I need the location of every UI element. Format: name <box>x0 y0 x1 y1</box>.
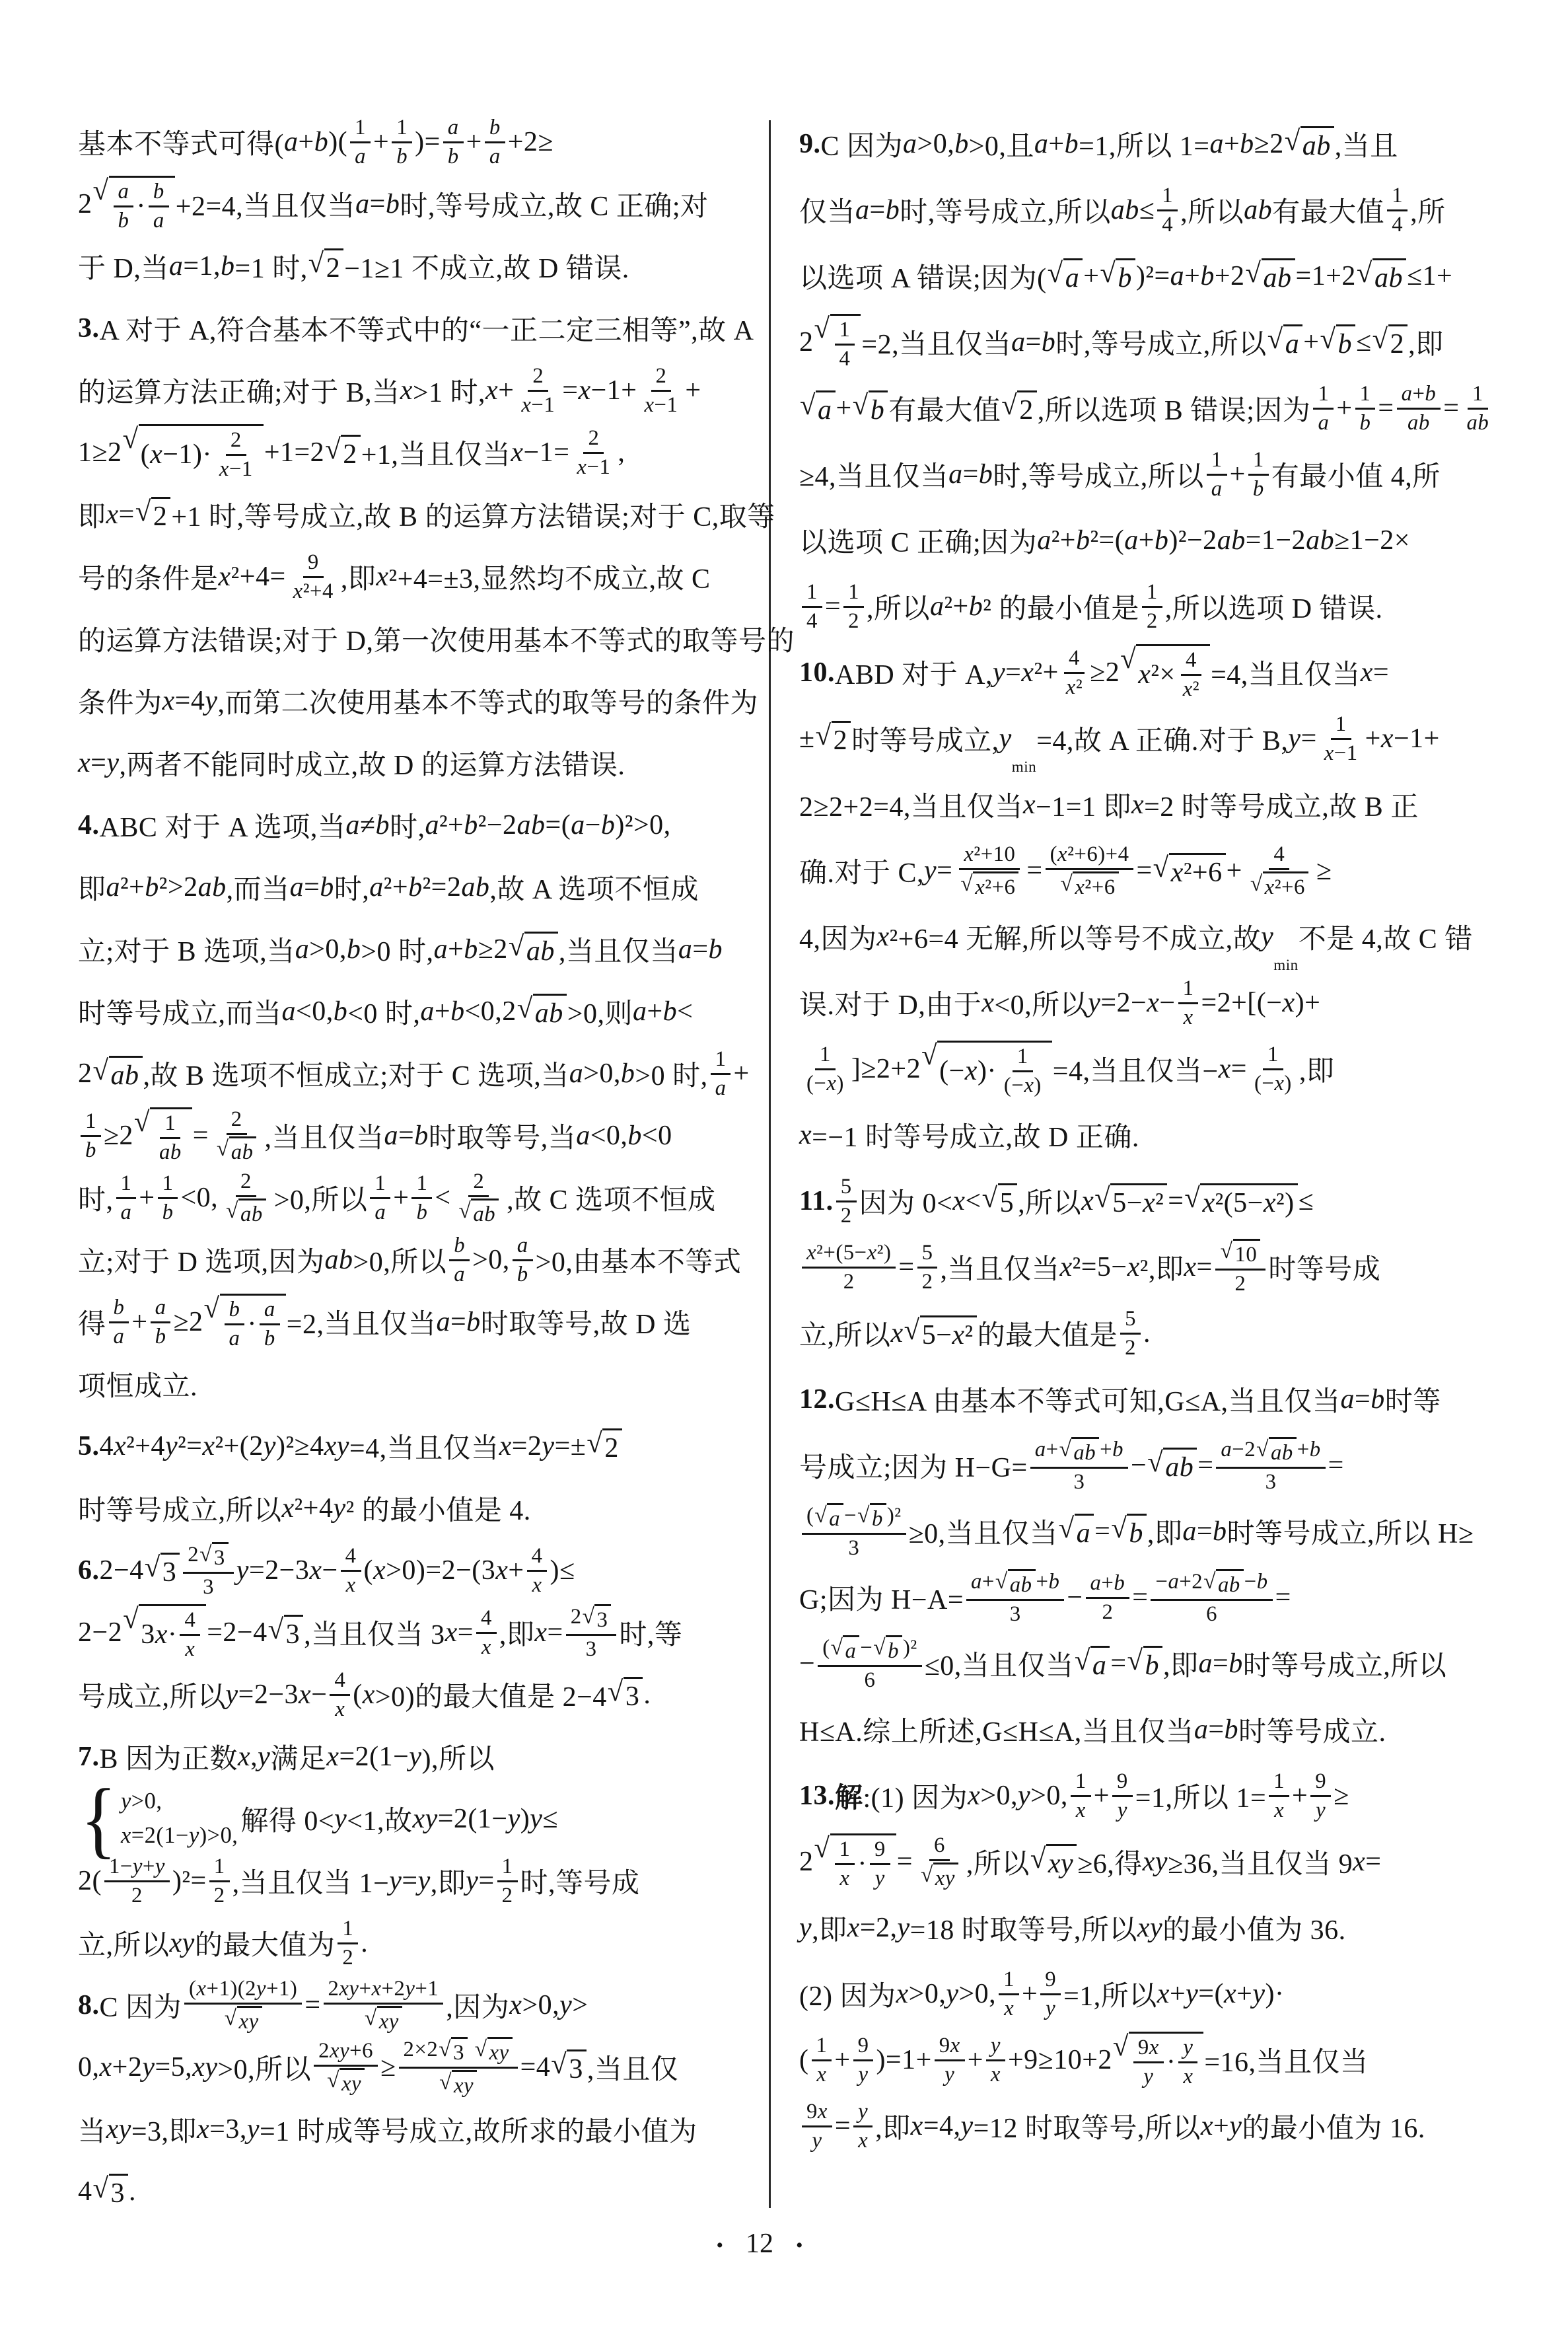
text-line: 立;对于 D 选项,因为 ab>0,所以ba>0,ab>0,由基本不等式 <box>78 1229 758 1291</box>
text-line: 时等号成立,所以 x²+4y² 的最小值是 4. <box>78 1477 758 1539</box>
fraction: 9xy <box>935 2034 965 2086</box>
text-line: 以选项 C 正确;因为 a²+b²=(a+b)²−2ab=1−2ab≥1−2× <box>799 507 1513 573</box>
square-root: √b <box>1100 258 1135 294</box>
fraction: 1b <box>81 1109 101 1162</box>
text-line: 2√ab·ba+2=4,当且仅当 a=b 时,等号成立,故 C 正确;对 <box>78 173 758 235</box>
text-line: 5. 4 x²+4y²=x²+(2y)²≥4xy=4,当且仅当 x=2y=±√2 <box>78 1415 758 1477</box>
fraction: ab <box>151 1296 171 1348</box>
square-root: √1ab <box>134 1107 192 1164</box>
text-line: 0,x+2y=5,xy>0,所以2xy+6√xy≥2×2√3 √xy√xy=4√… <box>78 2036 758 2098</box>
fraction: 1x <box>1269 1769 1289 1822</box>
fraction: (x²+6)+4√x²+6 <box>1046 842 1134 899</box>
square-root: √14 <box>814 314 861 371</box>
square-root: √3x·4x <box>123 1604 206 1661</box>
square-root: √xy <box>225 2006 262 2034</box>
fraction: 14 <box>835 318 855 371</box>
square-root: √a <box>814 1503 843 1532</box>
fraction: x²+10√x²+6 <box>955 842 1024 899</box>
fraction: 9y <box>853 2034 874 2086</box>
text-line: 1b≥2√1ab=2√ab,当且仅当 a=b 时取等号,当 a<0,b<0 <box>78 1105 758 1167</box>
fraction: 1a <box>370 1171 390 1224</box>
fraction: 1x <box>1178 977 1199 1029</box>
text-line: x²+(5−x²)2=52,当且仅当 x²=5−x²,即 x=√102时等号成 <box>799 1234 1513 1300</box>
square-root: √2 <box>816 721 851 757</box>
fraction: 12 <box>338 1917 358 1970</box>
square-root: √a <box>1075 1646 1110 1681</box>
square-root: √2 <box>1372 324 1408 360</box>
text-line: 2√1x·9y=6√xy,所以√xy≥6,得 xy≥36,当且仅当 9x= <box>799 1829 1513 1895</box>
system-brace: {y>0,x=2(1−y)>0, <box>81 1785 238 1853</box>
square-root: √ab <box>459 1199 499 1227</box>
text-line: 得ba+ab≥2√ba·ab=2,当且仅当 a=b 时取等号,故 D 选 <box>78 1291 758 1353</box>
square-root: √ab·ba <box>93 176 175 233</box>
text-line: 号的条件是 x²+4=9x²+4,即 x²+4=±3,显然均不成立,故 C <box>78 546 758 608</box>
bold-text: 4. <box>78 809 100 841</box>
fraction: 2x−1 <box>215 428 258 481</box>
fraction: 1x <box>812 2034 832 2086</box>
fraction: (x+1)(2y+1)√xy <box>184 1977 302 2034</box>
text-line: 于 D,当 a=1,b=1 时,√2−1≥1 不成立,故 D 错误. <box>78 235 758 297</box>
fraction: 9y <box>870 1837 890 1890</box>
square-root: √b <box>873 1635 902 1664</box>
square-root: √3 <box>583 1604 612 1633</box>
square-root: √3 <box>93 2174 129 2209</box>
fraction: 14 <box>1157 184 1178 237</box>
fraction: 2√ab <box>211 1107 262 1164</box>
square-root: √2 <box>325 435 361 470</box>
fraction: x²+(5−x²)2 <box>802 1241 896 1294</box>
fraction: 4x <box>330 1668 350 1721</box>
text-line: 立;对于 B 选项,当 a>0,b>0 时,a+b≥2√ab,当且仅当 a=b <box>78 918 758 980</box>
square-root: √x²+6 <box>1250 871 1308 900</box>
fraction: 1(−x) <box>999 1045 1046 1097</box>
bold-text: 9. <box>799 128 821 160</box>
text-line: 2≥2+2=4,当且仅当 x−1=1 即 x=2 时等号成立,故 B 正 <box>799 772 1513 838</box>
fraction: 1a <box>1207 448 1227 501</box>
fraction: 12 <box>497 1855 518 1907</box>
fraction: ab <box>260 1298 280 1350</box>
square-root: √xy <box>365 2006 402 2034</box>
square-root: √5−x² <box>904 1315 977 1351</box>
text-line: (2) 因为 x>0,y>0,1x+9y=1,所以 x+y=(x+y)· <box>799 1961 1513 2027</box>
page-footer: •12• <box>0 2228 1519 2260</box>
bold-text: 13. <box>799 1780 835 1812</box>
text-line: 2(1−y+y2)²=12,当且仅当 1−y=y,即 y=12时,等号成 <box>78 1850 758 1912</box>
square-root: √10 <box>1221 1239 1261 1267</box>
text-line: 6. 2−4√3 2√33 y=2−3x−4x(x>0)=2−(3x+4x)≤ <box>78 1539 758 1602</box>
square-root: √b <box>857 1503 886 1532</box>
text-line: 13. 解:(1) 因为 x>0,y>0,1x+9y=1,所以 1=1x+9y≥ <box>799 1763 1513 1829</box>
fraction: 1(−x) <box>802 1043 849 1095</box>
square-root: √5 <box>982 1183 1018 1219</box>
text-line: 号成立,所以 y=2−3x−4x(x>0)的最大值是 2−4√3. <box>78 1664 758 1726</box>
square-root: √ab <box>1059 1437 1100 1465</box>
square-root: √a <box>1059 1514 1094 1549</box>
fraction: 14 <box>1387 184 1408 237</box>
square-root: √9xy·yx <box>1113 2032 1203 2088</box>
text-line: 仅当 a=b 时,等号成立,所以 ab≤14,所以 ab 有最大值14,所 <box>799 177 1513 243</box>
square-root: √xy <box>921 1863 958 1891</box>
fraction: 1b <box>392 116 412 168</box>
fraction: 9y <box>1040 1968 1061 2020</box>
fraction: 12 <box>843 580 864 633</box>
text-line: 基本不等式可得(a+b)(1a+1b)=ab+ba+2≥ <box>78 111 758 173</box>
fraction: 12 <box>209 1855 230 1907</box>
square-root: √x²+6 <box>960 871 1018 900</box>
text-line: 时等号成立,而当 a<0,b<0 时,a+b<0,2√ab>0,则 a+b< <box>78 980 758 1043</box>
fraction: 4x <box>341 1544 361 1597</box>
column-divider <box>769 120 771 2208</box>
fraction: a+√ab+b3 <box>966 1569 1064 1626</box>
square-root: √xy <box>1030 1844 1077 1880</box>
fraction: (√a−√b)²3 <box>802 1503 906 1560</box>
text-line: 1≥2√(x−1)·2x−1+1=2√2+1,当且仅当 x−1=2x−1, <box>78 422 758 484</box>
text-line: 3. A 对于 A,符合基本不等式中的“一正二定三相等”,故 A <box>78 297 758 359</box>
text-line: √a+√b有最大值√2,所以选项 B 错误;因为1a+1b=a+bab=1ab <box>799 375 1513 441</box>
text-line: (√a−√b)²3≥0,当且仅当√a=√b,即 a=b 时等号成立,所以 H≥ <box>799 1498 1513 1565</box>
fraction: 2√33 <box>566 1604 617 1661</box>
fraction: 4x <box>476 1606 497 1659</box>
fraction: 2√33 <box>183 1542 234 1599</box>
fraction: 2xy+x+2y+1√xy <box>324 1977 444 2034</box>
text-line: 2√14=2,当且仅当 a=b 时,等号成立,所以√a+√b≤√2,即 <box>799 309 1513 375</box>
fraction: 2x−1 <box>640 364 683 417</box>
square-root: √ab <box>1285 126 1334 162</box>
bold-text: 6. <box>78 1555 100 1586</box>
fraction: 1b <box>411 1171 432 1224</box>
square-root: √ab <box>517 994 567 1029</box>
square-root: √ab <box>226 1199 266 1227</box>
fraction: 14 <box>802 580 822 633</box>
fraction: 9y <box>1112 1769 1133 1822</box>
fraction: 1b <box>1355 382 1376 435</box>
square-root: √3 <box>145 1553 180 1588</box>
text-line: 当 xy=3,即 x=3,y=1 时成等号成立,故所求的最小值为 <box>78 2098 758 2160</box>
fraction: yx <box>986 2034 1005 2086</box>
square-root: √(x−1)·2x−1 <box>123 424 264 481</box>
text-line: 误.对于 D,由于 x<0,所以 y=2−x−1x=2+[(−x)+ <box>799 970 1513 1036</box>
square-root: √ab <box>995 1569 1036 1598</box>
text-line: 8. C 因为(x+1)(2y+1)√xy=2xy+x+2y+1√xy,因为 x… <box>78 1974 758 2036</box>
bold-text: 解 <box>835 1776 863 1816</box>
fraction: 1a <box>711 1047 731 1100</box>
fraction: 1a <box>350 116 371 168</box>
fraction: ab <box>513 1234 533 1286</box>
fraction: 2√ab <box>454 1169 505 1226</box>
square-root: √x²+6 <box>1061 871 1119 900</box>
text-line: 10. ABD 对于 A,y=x²+4x²≥2√x²×4x²=4,当且仅当 x= <box>799 640 1513 706</box>
fraction: 9y <box>1310 1769 1331 1822</box>
square-root: √3 <box>199 1542 229 1570</box>
text-line: G;因为 H−A=a+√ab+b3−a+b2=−a+2√ab−b6= <box>799 1565 1513 1631</box>
square-root: √ab <box>509 932 558 967</box>
square-root: √3 <box>268 1615 304 1650</box>
right-column: 9. C 因为 a>0,b>0,且 a+b=1,所以 1=a+b≥2√ab,当且… <box>799 111 1513 2159</box>
square-root: √ab <box>1357 258 1406 294</box>
bold-text: 5. <box>78 1430 100 1462</box>
square-root: √xy <box>475 2037 513 2065</box>
text-line: 条件为 x=4y,而第二次使用基本不等式的取等号的条件为 <box>78 670 758 732</box>
square-root: √3 <box>439 2037 468 2065</box>
fraction: 1x−1 <box>1320 712 1363 765</box>
fraction: 9xy <box>1133 2036 1164 2088</box>
fraction: 1b <box>158 1171 178 1224</box>
text-line: x=−1 时等号成立,故 D 正确. <box>799 1102 1513 1168</box>
fraction: ba <box>485 116 505 168</box>
square-root: √ab <box>1256 1437 1297 1465</box>
text-line: 立,所以 x√5−x²的最大值是52. <box>799 1300 1513 1366</box>
fraction: 1x <box>835 1837 855 1890</box>
subscript: min <box>1012 758 1036 776</box>
square-root: √ab <box>1246 258 1295 294</box>
text-line: 4,因为 x²+6=4 无解,所以等号不成立,故 ymin不是 4,故 C 错 <box>799 904 1513 970</box>
subscript: min <box>1273 956 1298 974</box>
bold-text: 10. <box>799 657 835 688</box>
square-root: √x²(5−x²) <box>1184 1183 1297 1219</box>
bold-text: 12. <box>799 1384 835 1415</box>
fraction: 52 <box>836 1175 857 1228</box>
square-root: √a <box>831 1635 860 1664</box>
square-root: √ba·ab <box>204 1294 286 1350</box>
fraction: yx <box>1178 2036 1197 2088</box>
fraction: 2x−1 <box>572 426 615 479</box>
square-root: √2 <box>135 497 171 533</box>
fraction: 12 <box>1142 580 1162 633</box>
fraction: 2√ab <box>221 1169 271 1226</box>
fraction: −a+2√ab−b6 <box>1151 1569 1272 1626</box>
square-root: √ab <box>217 1136 257 1165</box>
square-root: √ab <box>1203 1569 1244 1598</box>
text-line: 的运算方法错误;对于 D,第一次使用基本不等式的取等号的 <box>78 608 758 670</box>
text-line: x=y,两者不能同时成立,故 D 的运算方法错误. <box>78 732 758 794</box>
square-root: √x²+6 <box>1153 853 1226 889</box>
text-line: −(√a−√b)²6≤0,当且仅当√a=√b,即 a=b 时等号成立,所以 <box>799 1631 1513 1697</box>
bold-text: 7. <box>78 1741 100 1773</box>
text-line: 的运算方法正确;对于 B,当 x>1 时,x+2x−1=x−1+2x−1+ <box>78 359 758 422</box>
fraction: 1x <box>999 1968 1019 2020</box>
bold-text: 8. <box>78 1989 100 2021</box>
page-number: 12 <box>746 2229 773 2259</box>
square-root: √b <box>1111 1514 1147 1549</box>
square-root: √5−x² <box>1094 1183 1167 1219</box>
fraction: 2xy+6√xy <box>314 2039 378 2096</box>
fraction: yx <box>853 2100 873 2153</box>
fraction: ba <box>449 1234 470 1286</box>
left-column: 基本不等式可得(a+b)(1a+1b)=ab+ba+2≥2√ab·ba+2=4,… <box>78 111 758 2223</box>
bold-text: 11. <box>799 1185 834 1217</box>
square-root: √a <box>800 390 836 426</box>
fraction: ab <box>443 116 464 168</box>
fraction: 1b <box>1248 448 1269 501</box>
text-line: 号成立;因为 H−G=a+√ab+b3−√ab=a−2√ab+b3= <box>799 1432 1513 1498</box>
square-root: √b <box>853 390 888 426</box>
text-line: 确.对于 C,y=x²+10√x²+6=(x²+6)+4√x²+6=√x²+6+… <box>799 838 1513 904</box>
text-line: {y>0,x=2(1−y)>0,解得 0<y<1,故 xy=2(1−y)y≤ <box>78 1788 758 1850</box>
square-root: √ab <box>1147 1448 1197 1483</box>
text-line: (1x+9y)=1+9xy+yx+9≥10+2√9xy·yx=16,当且仅当 <box>799 2027 1513 2093</box>
text-line: 9. C 因为 a>0,b>0,且 a+b=1,所以 1=a+b≥2√ab,当且 <box>799 111 1513 177</box>
text-line: 2−2√3x·4x=2−4√3,当且仅当 3x=4x,即 x=2√33时,等 <box>78 1602 758 1664</box>
fraction: 1a <box>116 1171 137 1224</box>
text-line: ≥4,当且仅当 a=b 时,等号成立,所以1a+1b有最小值 4,所 <box>799 441 1513 507</box>
text-line: 以选项 A 错误;因为(√a+√b)²=a+b+2√ab=1+2√ab≤1+ <box>799 243 1513 309</box>
fraction: ba <box>225 1298 245 1350</box>
fraction: 4x² <box>1178 648 1204 701</box>
text-line: 12. G≤H≤A 由基本不等式可知,G≤A,当且仅当 a=b 时等 <box>799 1366 1513 1432</box>
square-root: √2 <box>1001 390 1037 426</box>
fraction: √102 <box>1215 1239 1266 1296</box>
fraction: a+bab <box>1397 382 1441 435</box>
fraction: 4√x²+6 <box>1245 842 1314 899</box>
text-line: ±√2时等号成立,ymin=4,故 A 正确.对于 B,y=1x−1+x−1+ <box>799 706 1513 772</box>
square-root: √b <box>1127 1646 1163 1681</box>
footer-left-bullet: • <box>716 2234 723 2256</box>
text-line: 14=12,所以 a²+b² 的最小值是12,所以选项 D 错误. <box>799 573 1513 640</box>
text-line: 11. 52 因为 0<x<√5,所以 x√5−x²=√x²(5−x²)≤ <box>799 1168 1513 1234</box>
fraction: 1x <box>1071 1769 1091 1822</box>
fraction: 6√xy <box>915 1833 964 1890</box>
text-line: 1(−x)]≥2+2√(−x)·1(−x)=4,当且仅当−x=1(−x),即 <box>799 1036 1513 1102</box>
fraction: 1ab <box>155 1111 186 1164</box>
text-line: y,即 x=2,y=18 时取等号,所以 xy 的最小值为 36. <box>799 1895 1513 1961</box>
text-line: H≤A.综上所述,G≤H≤A,当且仅当 a=b 时等号成立. <box>799 1697 1513 1763</box>
fraction: 9x²+4 <box>289 550 338 603</box>
text-line: 7. B 因为正数 x,y 满足 x=2(1−y),所以 <box>78 1726 758 1788</box>
bold-text: 3. <box>78 313 100 344</box>
fraction: ba <box>149 180 169 233</box>
fraction: a+√ab+b3 <box>1030 1437 1128 1494</box>
square-root: √ab <box>93 1056 143 1091</box>
square-root: √3 <box>551 2049 587 2085</box>
fraction: (√a−√b)²6 <box>818 1635 922 1692</box>
footer-right-bullet: • <box>796 2234 803 2256</box>
fraction: 1(−x) <box>1250 1043 1297 1095</box>
square-root: √3 <box>608 1677 643 1713</box>
square-root: √(−x)·1(−x) <box>921 1041 1052 1097</box>
fraction: 9xy <box>802 2100 832 2153</box>
square-root: √2 <box>308 248 344 284</box>
fraction: 1a <box>1313 382 1334 435</box>
fraction: 52 <box>1120 1307 1141 1360</box>
fraction: 1ab <box>1462 382 1493 435</box>
square-root: √x²×4x² <box>1120 644 1210 701</box>
text-line: 9xy=yx,即 x=4,y=12 时取等号,所以 x+y 的最小值为 16. <box>799 2093 1513 2159</box>
text-line: 项恒成立. <box>78 1353 758 1415</box>
text-line: 时,1a+1b<0,2√ab>0,所以1a+1b<2√ab,故 C 选项不恒成 <box>78 1167 758 1229</box>
text-line: 立,所以 xy 的最大值为12. <box>78 1912 758 1974</box>
text-line: 即 x=√2+1 时,等号成立,故 B 的运算方法错误;对于 C,取等 <box>78 484 758 546</box>
fraction: a+b2 <box>1086 1571 1130 1624</box>
square-root: √xy <box>327 2068 365 2096</box>
square-root: √a <box>1048 258 1083 294</box>
fraction: 4x <box>180 1608 200 1661</box>
square-root: √1x·9y <box>814 1833 896 1890</box>
fraction: a−2√ab+b3 <box>1216 1437 1325 1494</box>
fraction: 2x−1 <box>517 364 559 417</box>
fraction: 4x <box>527 1544 548 1597</box>
square-root: √2 <box>587 1428 622 1464</box>
fraction: 52 <box>917 1241 938 1294</box>
text-line: 即a²+b²>2ab,而当 a=b 时,a²+b²=2ab,故 A 选项不恒成 <box>78 856 758 918</box>
square-root: √a <box>1267 324 1303 360</box>
fraction: 2×2√3 √xy√xy <box>399 2037 518 2098</box>
fraction: ba <box>109 1296 129 1348</box>
text-line: 2√ab,故 B 选项不恒成立;对于 C 选项,当 a>0,b>0 时,1a+ <box>78 1043 758 1105</box>
workbook-page: 基本不等式可得(a+b)(1a+1b)=ab+ba+2≥2√ab·ba+2=4,… <box>0 0 1568 2325</box>
text-line: 4√3. <box>78 2160 758 2223</box>
square-root: √xy <box>439 2070 477 2098</box>
fraction: 4x² <box>1061 646 1087 699</box>
fraction: ab <box>114 180 134 233</box>
text-line: 4. ABC 对于 A 选项,当 a≠b 时,a²+b²−2ab=(a−b)²>… <box>78 794 758 856</box>
square-root: √b <box>1320 324 1355 360</box>
